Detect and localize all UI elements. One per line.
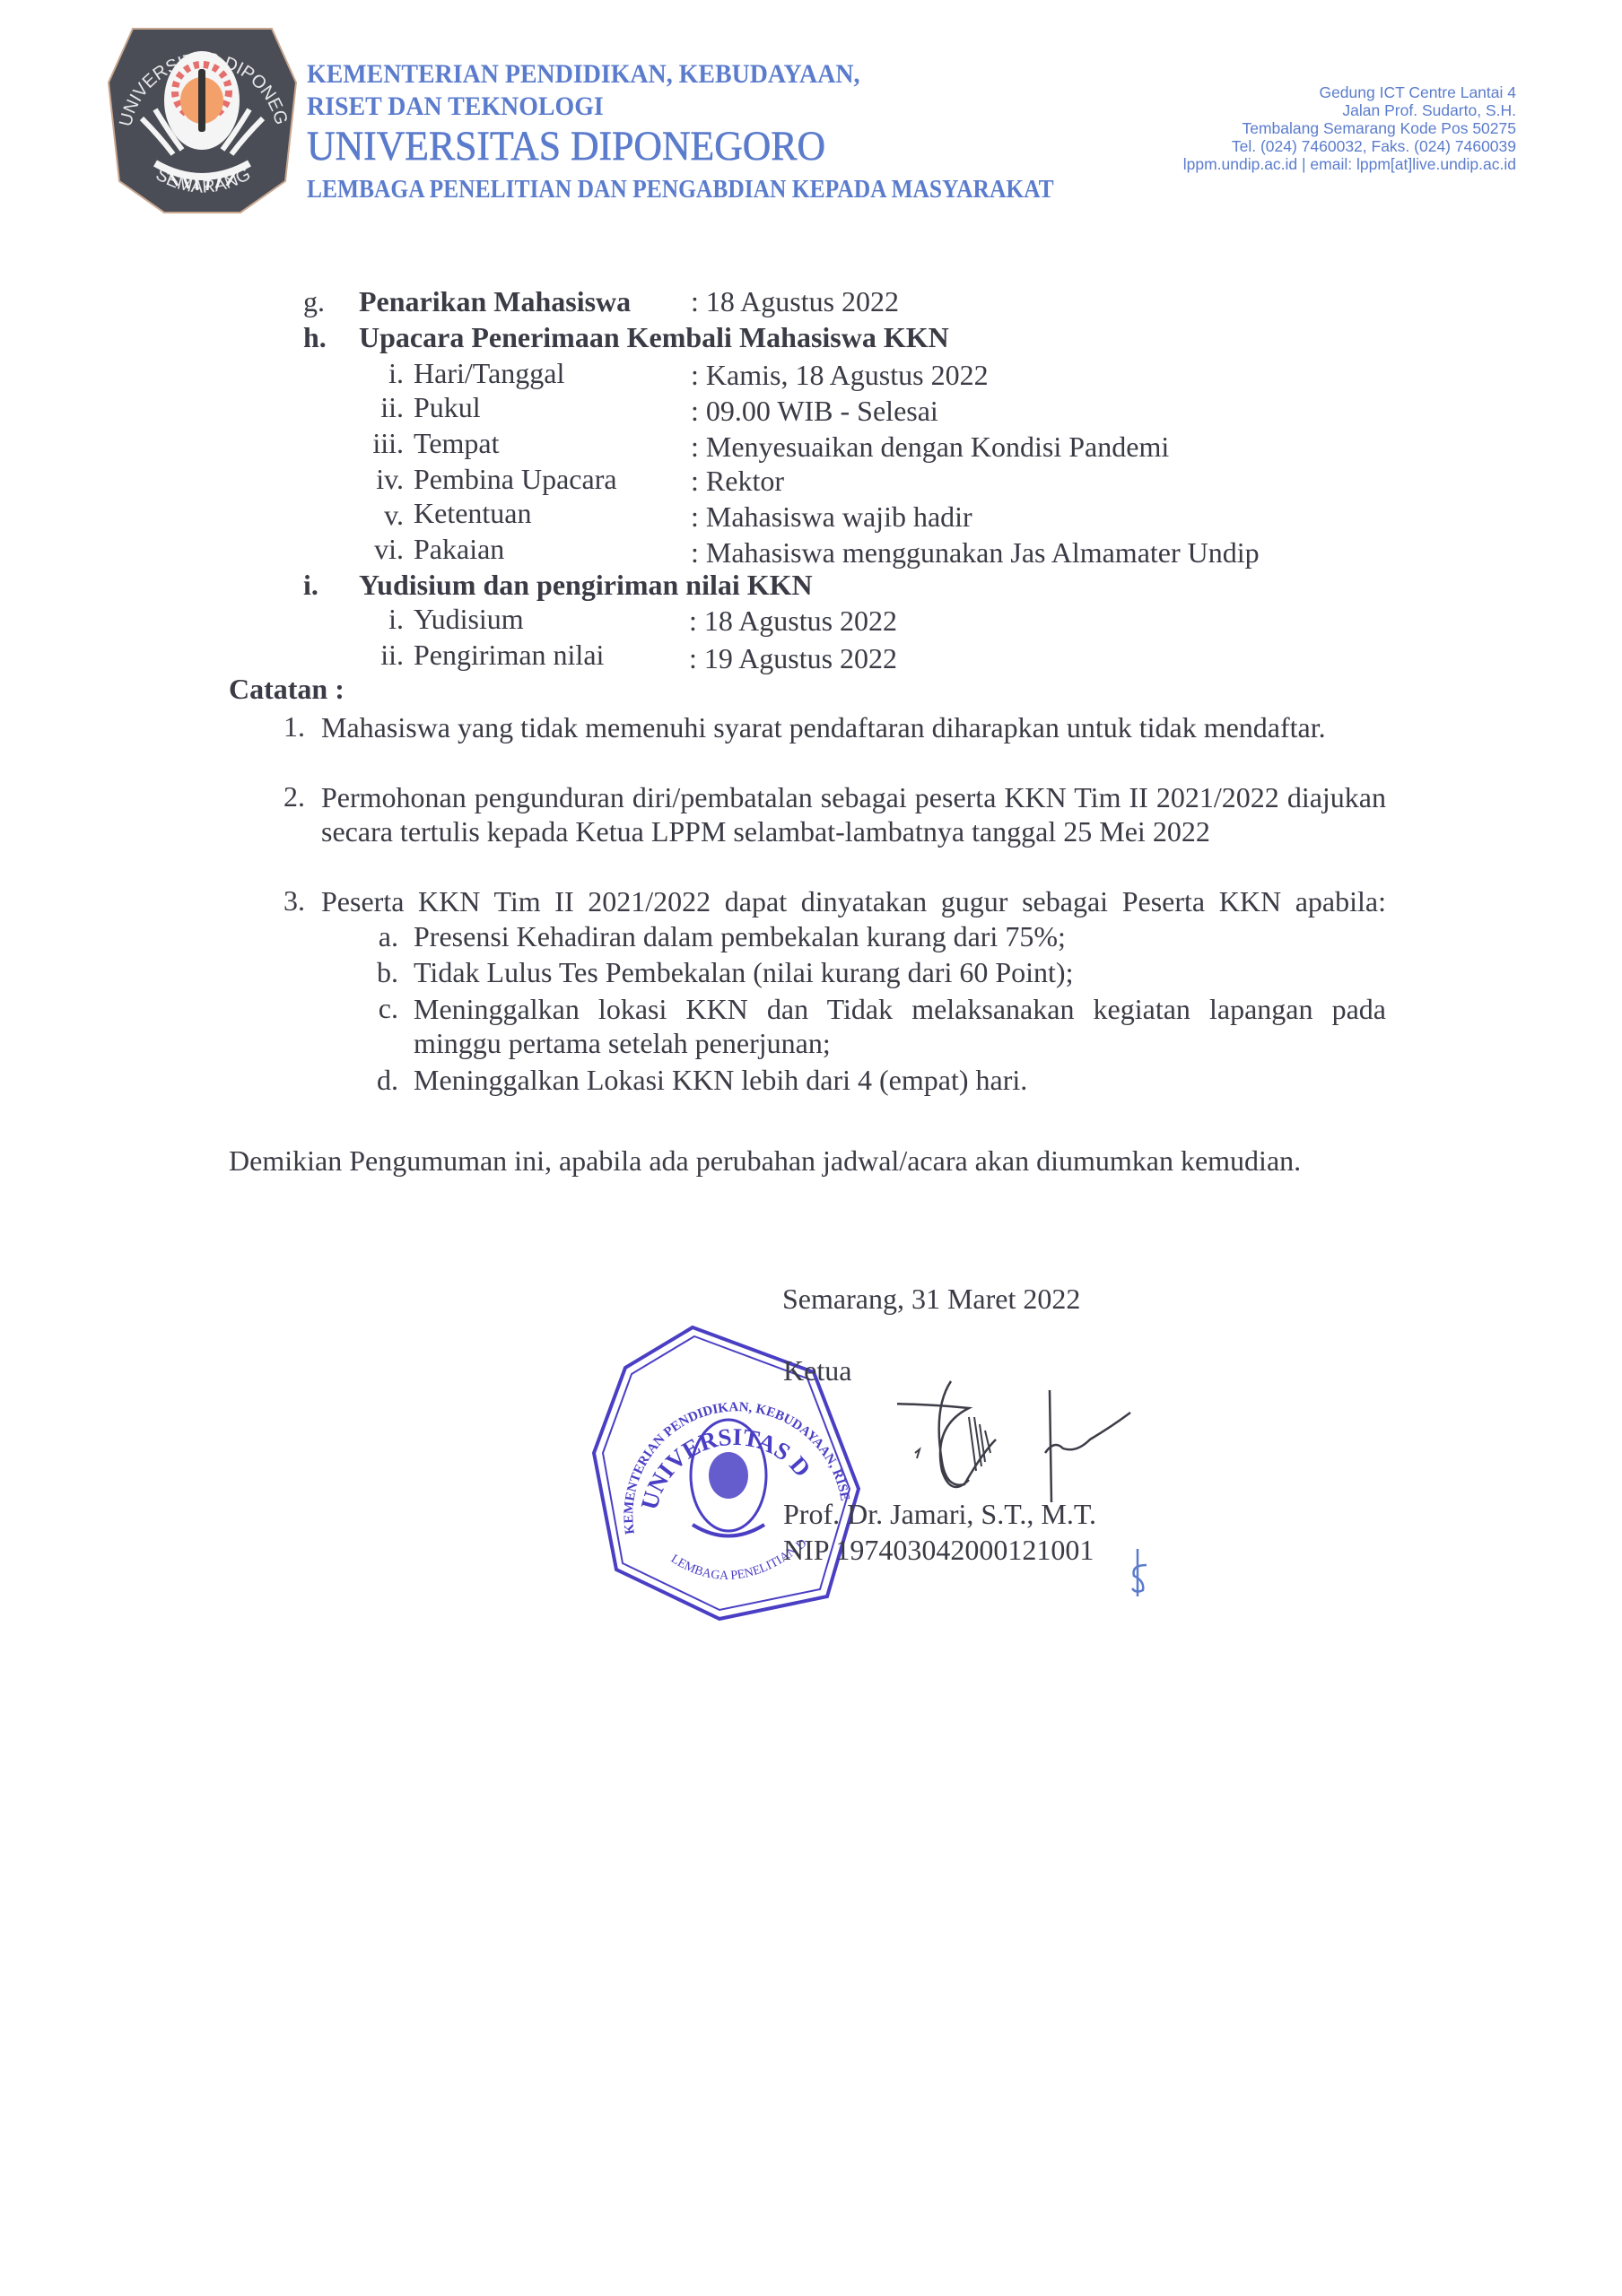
note-marker: 2.: [269, 780, 305, 813]
institute-name: LEMBAGA PENELITIAN DAN PENGABDIAN KEPADA…: [307, 176, 1054, 204]
note-subitem-c: Meninggalkan lokasi KKN dan Tidak melaks…: [414, 992, 1386, 1060]
address-contact-line[interactable]: lppm.undip.ac.id | email: lppm[at]live.u…: [1183, 155, 1516, 173]
schedule-heading-yudisium: Yudisium dan pengiriman nilai KKN: [359, 569, 813, 601]
sub-item-marker: ii.: [350, 391, 404, 423]
sub-item-marker: iii.: [350, 427, 404, 459]
address-line: Gedung ICT Centre Lantai 4: [1183, 83, 1516, 101]
signatory-name: Prof. Dr. Jamari, S.T., M.T.: [783, 1498, 1096, 1530]
field-value-pakaian: : Mahasiswa menggunakan Jas Almamater Un…: [691, 536, 1260, 569]
note-subitem-marker: b.: [366, 956, 398, 988]
signatory-nip: NIP 197403042000121001: [783, 1534, 1094, 1566]
field-label-pembina: Pembina Upacara: [414, 463, 617, 495]
item-marker: i.: [303, 569, 318, 601]
sub-item-marker: vi.: [350, 533, 404, 565]
note-item-1: Mahasiswa yang tidak memenuhi syarat pen…: [321, 710, 1386, 744]
field-value-yudisium: : 18 Agustus 2022: [689, 604, 897, 637]
field-value-hari-tanggal: : Kamis, 18 Agustus 2022: [691, 359, 989, 391]
schedule-heading-upacara: Upacara Penerimaan Kembali Mahasiswa KKN: [359, 321, 949, 353]
note-subitem-marker: c.: [366, 992, 398, 1024]
note-item-2: Permohonan pengunduran diri/pembatalan s…: [321, 780, 1386, 848]
note-marker: 3.: [269, 884, 305, 917]
item-marker: h.: [303, 321, 327, 353]
schedule-label-penarikan: Penarikan Mahasiswa: [359, 285, 631, 317]
note-subitem-a: Presensi Kehadiran dalam pembekalan kura…: [414, 920, 1066, 952]
sub-item-marker: v.: [350, 499, 404, 531]
place-date: Semarang, 31 Maret 2022: [782, 1283, 1080, 1315]
note-item-3: Peserta KKN Tim II 2021/2022 dapat dinya…: [321, 884, 1386, 918]
field-label-pukul: Pukul: [414, 391, 481, 423]
item-marker: g.: [303, 285, 325, 317]
note-marker: 1.: [269, 710, 305, 743]
address-line: Tel. (024) 7460032, Faks. (024) 7460039: [1183, 137, 1516, 155]
sub-item-marker: i.: [350, 603, 404, 635]
field-label-hari-tanggal: Hari/Tanggal: [414, 357, 564, 389]
ministry-name-line2: RISET DAN TEKNOLOGI: [307, 91, 604, 122]
note-subitem-d: Meninggalkan Lokasi KKN lebih dari 4 (em…: [414, 1064, 1027, 1096]
address-line: Jalan Prof. Sudarto, S.H.: [1183, 101, 1516, 119]
field-value-pengiriman-nilai: : 19 Agustus 2022: [689, 642, 897, 674]
field-label-pakaian: Pakaian: [414, 533, 504, 565]
note-subitem-marker: a.: [366, 920, 398, 952]
institute-address: Gedung ICT Centre Lantai 4 Jalan Prof. S…: [1183, 83, 1516, 173]
ministry-name-line1: KEMENTERIAN PENDIDIKAN, KEBUDAYAAN,: [307, 59, 859, 90]
field-value-pembina: : Rektor: [691, 465, 784, 497]
university-name: UNIVERSITAS DIPONEGORO: [307, 122, 825, 170]
field-label-ketentuan: Ketentuan: [414, 497, 532, 529]
field-value-pukul: : 09.00 WIB - Selesai: [691, 395, 938, 427]
schedule-value-penarikan: : 18 Agustus 2022: [691, 285, 899, 317]
initial-mark-icon: [1127, 1547, 1154, 1601]
undip-crest-icon: UNIVERSITAS DIPONEGORO SEMARANG: [106, 20, 299, 217]
notes-heading: Catatan :: [229, 673, 344, 705]
sub-item-marker: ii.: [350, 639, 404, 671]
note-subitem-marker: d.: [366, 1064, 398, 1096]
sub-item-marker: i.: [350, 357, 404, 389]
address-line: Tembalang Semarang Kode Pos 50275: [1183, 119, 1516, 137]
closing-statement: Demikian Pengumuman ini, apabila ada per…: [229, 1144, 1301, 1177]
sub-item-marker: iv.: [350, 463, 404, 495]
field-label-yudisium: Yudisium: [414, 603, 524, 635]
field-label-pengiriman-nilai: Pengiriman nilai: [414, 639, 604, 671]
field-label-tempat: Tempat: [414, 427, 500, 459]
signatory-position: Ketua: [783, 1354, 851, 1387]
field-value-ketentuan: : Mahasiswa wajib hadir: [691, 500, 972, 533]
handwritten-signature-icon: [897, 1354, 1157, 1507]
note-subitem-b: Tidak Lulus Tes Pembekalan (nilai kurang…: [414, 956, 1073, 988]
field-value-tempat: : Menyesuaikan dengan Kondisi Pandemi: [691, 430, 1169, 463]
